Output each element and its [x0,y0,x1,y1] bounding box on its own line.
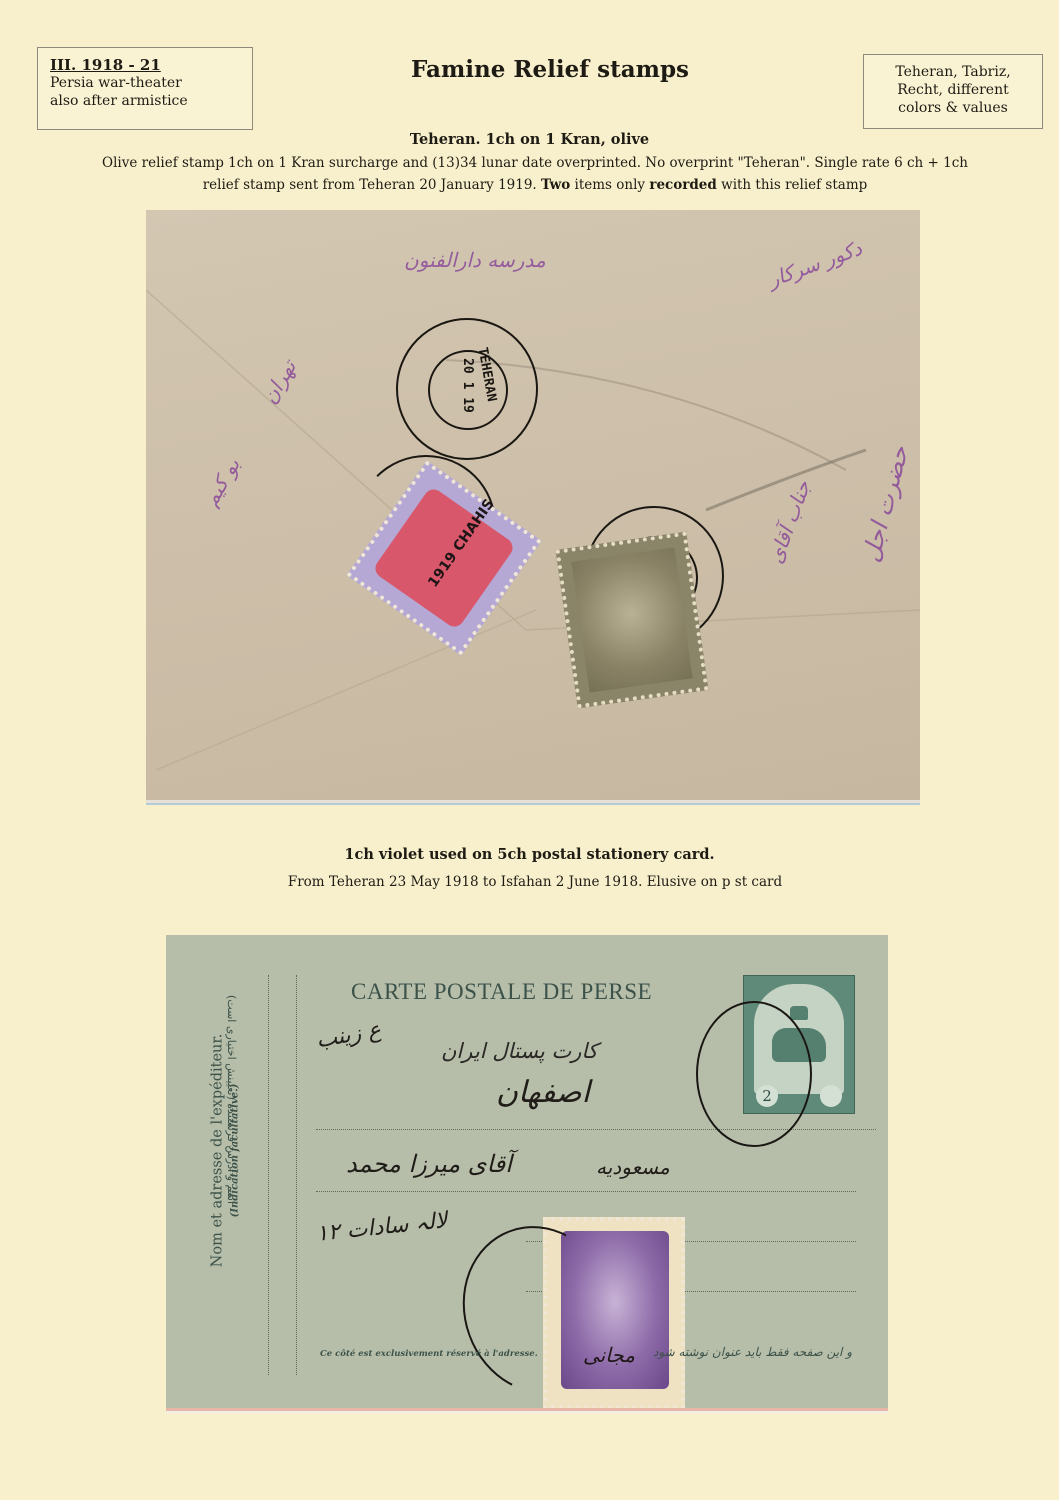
handwritten-address: مسعودیه [596,1155,670,1179]
era-box: III. 1918 - 21 Persia war-theater also a… [37,47,253,130]
sender-label-persian: اسم و آدرس فرستنده (تعیینش اختیاری است) [198,995,238,1204]
item1-description: Olive relief stamp 1ch on 1 Kran surchar… [20,152,1050,196]
handwritten-sender: ع زینب [314,1018,382,1054]
handwritten-address: ۱۲ لالہ سادات [315,1208,448,1247]
cities-box: Teheran, Tabriz, Recht, different colors… [863,54,1043,129]
page-title: Famine Relief stamps [300,56,800,83]
era-line-2: also after armistice [50,92,252,110]
item1-title: Teheran. 1ch on 1 Kran, olive [0,131,1059,148]
manuscript-note: مدرسه دارالفنون [404,248,546,272]
cities-line-3: colors & values [864,99,1042,117]
olive-relief-stamp [556,532,709,709]
desc-text: relief stamp sent from Teheran 20 Januar… [203,177,541,193]
footer-note: Ce côté est exclusivement réservé à l'ad… [320,1349,538,1359]
teheran-postmark [696,1001,812,1147]
desc-emphasis: recorded [649,177,717,193]
card-header-persian: کارت پستال ایران [441,1039,598,1063]
item1-desc-line-1: Olive relief stamp 1ch on 1 Kran surchar… [20,152,1050,174]
desc-text: with this relief stamp [717,177,867,193]
era-line-1: Persia war-theater [50,74,252,92]
postmark-date: 20 1 19 [460,358,475,413]
divider-line [268,975,269,1375]
item2-description: From Teheran 23 May 1918 to Isfahan 2 Ju… [20,871,1050,893]
desc-text: items only [570,177,649,193]
envelope-cover-image: مدرسه دارالفنون دکور سرکار تهران بو کیم … [146,210,920,800]
cities-line-1: Teheran, Tabriz, [864,63,1042,81]
era-label: III. 1918 - 21 [50,56,252,74]
divider-line [296,975,297,1375]
handwritten-address: آقای میرزا محمد [346,1150,512,1178]
address-line [316,1191,856,1192]
footer-note-persian: و این صفحه فقط باید عنوان نوشته شود [653,1345,852,1359]
handwritten-city: اصفهان [496,1075,590,1110]
card-header: CARTE POSTALE DE PERSE [351,979,652,1005]
item2-title: 1ch violet used on 5ch postal stationery… [0,846,1059,863]
cities-line-2: Recht, different [864,81,1042,99]
teheran-postmark: TEHERAN 20 1 19 [396,318,538,460]
postal-stationery-card-image: Nom et adresse de l'expéditeur. (Indicat… [166,935,888,1408]
desc-emphasis: Two [541,177,570,193]
item1-desc-line-2: relief stamp sent from Teheran 20 Januar… [20,174,1050,196]
